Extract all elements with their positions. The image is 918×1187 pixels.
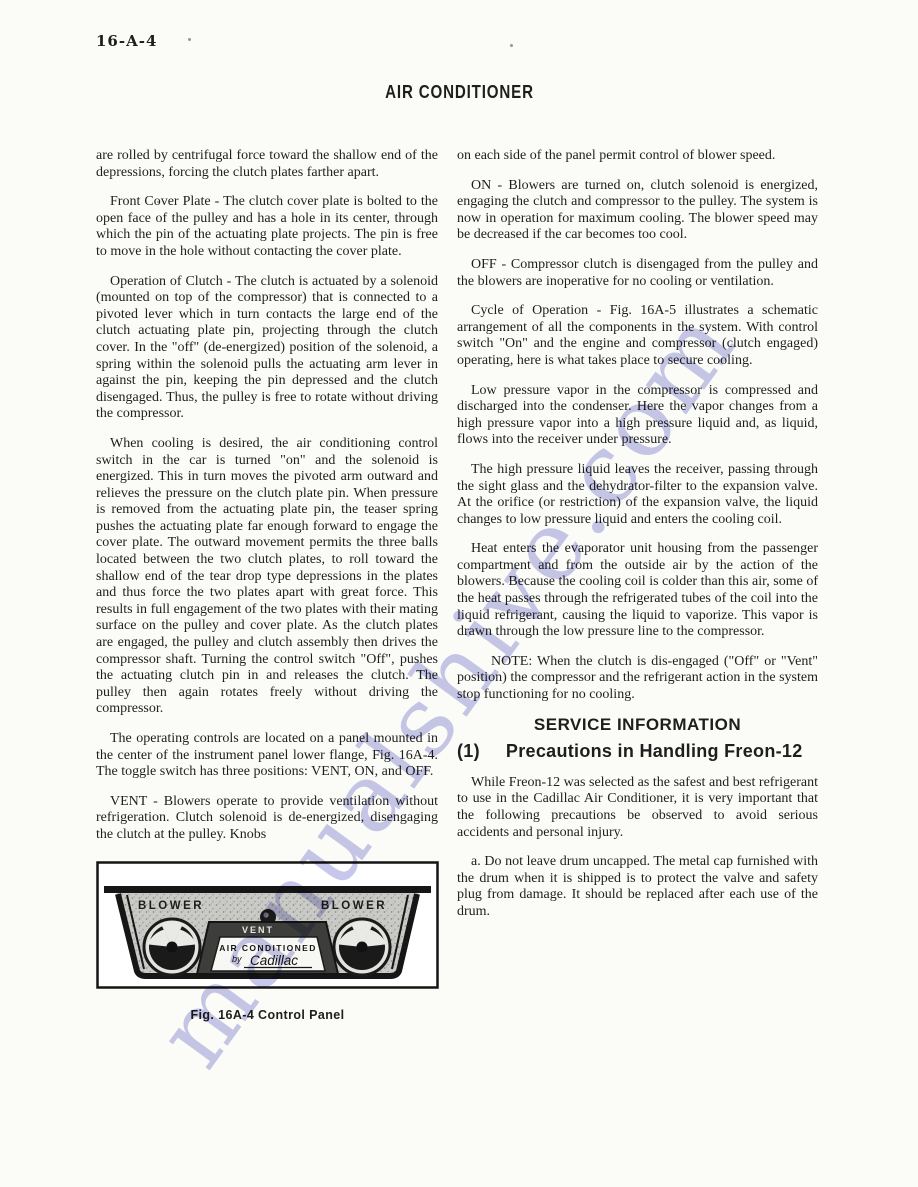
plate-air-conditioned-label: AIR CONDITIONED <box>219 943 317 953</box>
paragraph: Operation of Clutch - The clutch is actu… <box>96 274 438 423</box>
left-column: are rolled by centrifugal force toward t… <box>96 148 438 1024</box>
right-column: on each side of the panel permit control… <box>457 148 818 934</box>
section-heading: (1)Precautions in Handling Freon-12 <box>457 743 818 760</box>
blower-label-right: BLOWER <box>321 900 387 912</box>
paragraph: The operating controls are located on a … <box>96 731 438 781</box>
control-panel-figure: BLOWER BLOWER <box>96 861 439 1024</box>
paragraph: on each side of the panel permit control… <box>457 148 818 165</box>
paragraph: When cooling is desired, the air conditi… <box>96 436 438 718</box>
paragraph: VENT - Blowers operate to provide ventil… <box>96 794 438 844</box>
note-paragraph: NOTE: When the clutch is dis-engaged ("O… <box>457 654 818 704</box>
paragraph: While Freon-12 was selected as the safes… <box>457 775 818 841</box>
blower-label-left: BLOWER <box>138 900 204 912</box>
blower-knob-right-icon <box>334 919 390 975</box>
control-panel-drawing: BLOWER BLOWER <box>96 861 439 991</box>
paragraph: The high pressure liquid leaves the rece… <box>457 462 818 528</box>
vent-label: VENT <box>242 925 274 935</box>
scan-speck <box>188 38 191 41</box>
page-title: AIR CONDITIONER <box>0 82 918 103</box>
paragraph: are rolled by centrifugal force toward t… <box>96 148 438 181</box>
paragraph: Heat enters the evaporator unit housing … <box>457 541 818 641</box>
paragraph: a. Do not leave drum uncapped. The metal… <box>457 854 818 920</box>
paragraph: Cycle of Operation - Fig. 16A-5 illustra… <box>457 303 818 369</box>
manual-page: 16-A-4 AIR CONDITIONER are rolled by cen… <box>0 0 918 1187</box>
name-plate: VENT AIR CONDITIONED by Cadillac <box>197 922 338 974</box>
section-number: (1) <box>457 741 480 761</box>
paragraph: OFF - Compressor clutch is disengaged fr… <box>457 257 818 290</box>
paragraph: ON - Blowers are turned on, clutch solen… <box>457 178 818 244</box>
panel-top-bar <box>104 886 431 893</box>
scan-speck <box>510 44 513 47</box>
section-title: Precautions in Handling Freon-12 <box>506 741 803 761</box>
scan-speck <box>157 201 159 203</box>
toggle-highlight <box>263 912 268 917</box>
service-information-heading: SERVICE INFORMATION <box>457 717 818 734</box>
plate-brand-script: Cadillac <box>250 953 298 968</box>
plate-by-label: by <box>232 954 242 964</box>
blower-knob-left-icon <box>144 919 200 975</box>
paragraph: Low pressure vapor in the compressor is … <box>457 383 818 449</box>
paragraph: Front Cover Plate - The clutch cover pla… <box>96 194 438 260</box>
figure-caption: Fig. 16A-4 Control Panel <box>96 1007 439 1024</box>
page-number: 16-A-4 <box>96 32 157 50</box>
page-title-text: AIR CONDITIONER <box>385 82 534 103</box>
